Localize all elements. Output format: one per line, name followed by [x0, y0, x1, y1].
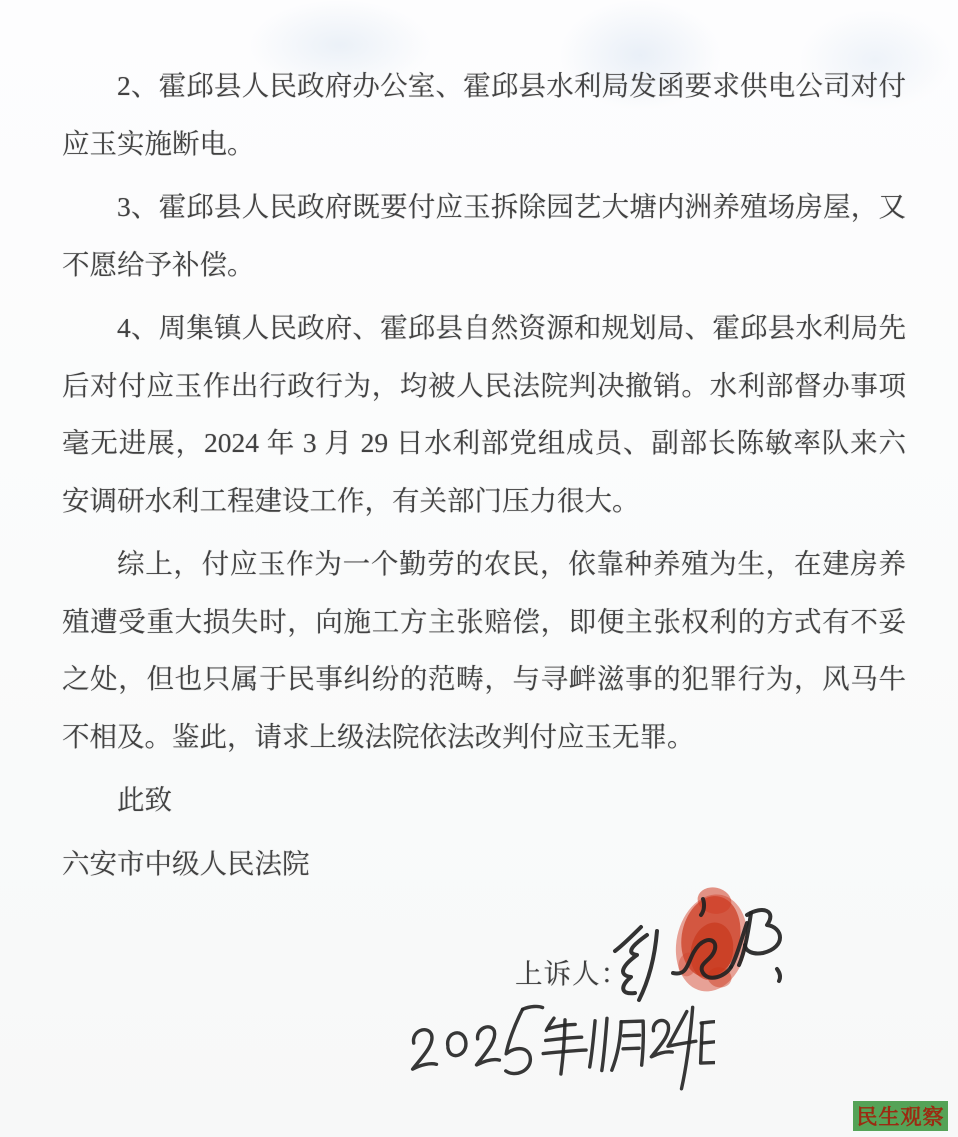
paragraph-point-2: 2、霍邱县人民政府办公室、霍邱县水利局发函要求供电公司对付应玉实施断电。	[62, 57, 906, 172]
date-strokes	[411, 1000, 715, 1098]
handwritten-signature	[595, 885, 810, 1005]
paragraph-point-3: 3、霍邱县人民政府既要付应玉拆除园艺大塘内洲养殖场房屋，又不愿给予补偿。	[62, 178, 906, 293]
watermark-badge: 民生观察	[853, 1101, 948, 1131]
closing-court-name: 六安市中级人民法院	[62, 835, 906, 893]
handwritten-date	[400, 998, 715, 1098]
closing-salute: 此致	[62, 771, 906, 829]
watermark-text: 民生观察	[857, 1101, 945, 1131]
document-page: 2、霍邱县人民政府办公室、霍邱县水利局发函要求供电公司对付应玉实施断电。 3、霍…	[0, 0, 958, 1137]
paragraph-point-4: 4、周集镇人民政府、霍邱县自然资源和规划局、霍邱县水利局先后对付应玉作出行政行为…	[62, 299, 906, 529]
paragraph-summary: 综上，付应玉作为一个勤劳的农民，依靠种养殖为生，在建房养殖遭受重大损失时，向施工…	[62, 535, 906, 765]
document-body: 2、霍邱县人民政府办公室、霍邱县水利局发函要求供电公司对付应玉实施断电。 3、霍…	[62, 57, 906, 898]
